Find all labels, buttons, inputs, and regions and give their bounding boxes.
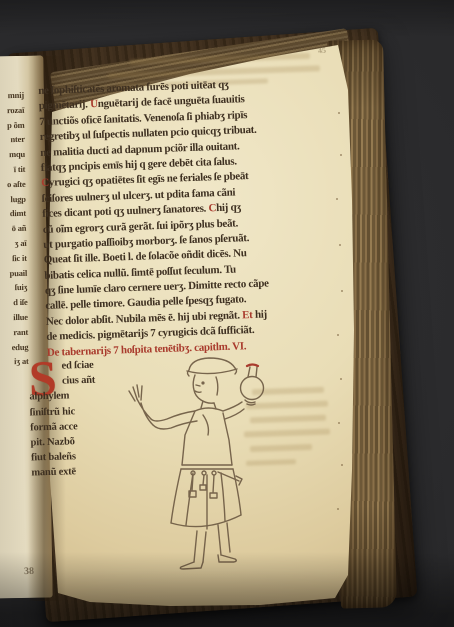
facing-page-fragment: ō añ [0, 221, 26, 236]
folio-mark-top: 45 [318, 46, 327, 56]
facing-page-fragment: lugp [0, 191, 26, 206]
folio-mark-bottom: 38 [24, 566, 34, 577]
facing-page-fragment: edug [0, 339, 28, 354]
facing-page-fragment: ʒ aī [0, 236, 27, 251]
facing-page-fragment: iʒ at [0, 354, 29, 369]
facing-page-fragment: o aſte [0, 177, 26, 192]
facing-page-text-fragments: mnijrozaīp õmntermquī tito aſtelugpdimtō… [0, 88, 29, 370]
physician-with-urine-flask-drawing [115, 355, 275, 580]
pricking-dots [338, 112, 340, 114]
flask-red-rim [247, 365, 258, 367]
facing-page-fragment: rozaī [0, 103, 24, 118]
text-segment: hij qʒ [216, 201, 241, 214]
text-segment: pigmētarij. [39, 99, 91, 113]
facing-page-fragment: rant [0, 325, 28, 340]
main-text-block: ne ſophiſticatēs aromata furēs poti uitē… [38, 74, 343, 361]
text-segment: hij [252, 308, 267, 320]
facing-page-fragment: ī tit [0, 162, 25, 177]
facing-page-fragment: p õm [0, 117, 25, 132]
rubricated-letter: Et [242, 309, 253, 321]
facing-page-fragment: illue [0, 310, 28, 325]
facing-page-fragment: d iſe [0, 295, 28, 310]
facing-page-fragment: ſic it [0, 251, 27, 266]
facing-page-fragment: dimt [0, 206, 26, 221]
facing-page-fragment: mqu [0, 147, 25, 162]
manuscript-photo: mnijrozaīp õmntermquī tito aſtelugpdimtō… [0, 0, 454, 627]
red-initial-S: S [28, 359, 62, 390]
facing-page-fragment: nter [0, 132, 25, 147]
facing-page-fragment: puail [0, 265, 27, 280]
facing-page-fragment: ſuiʒ [0, 280, 27, 295]
facing-page-fragment: mnij [0, 88, 24, 103]
